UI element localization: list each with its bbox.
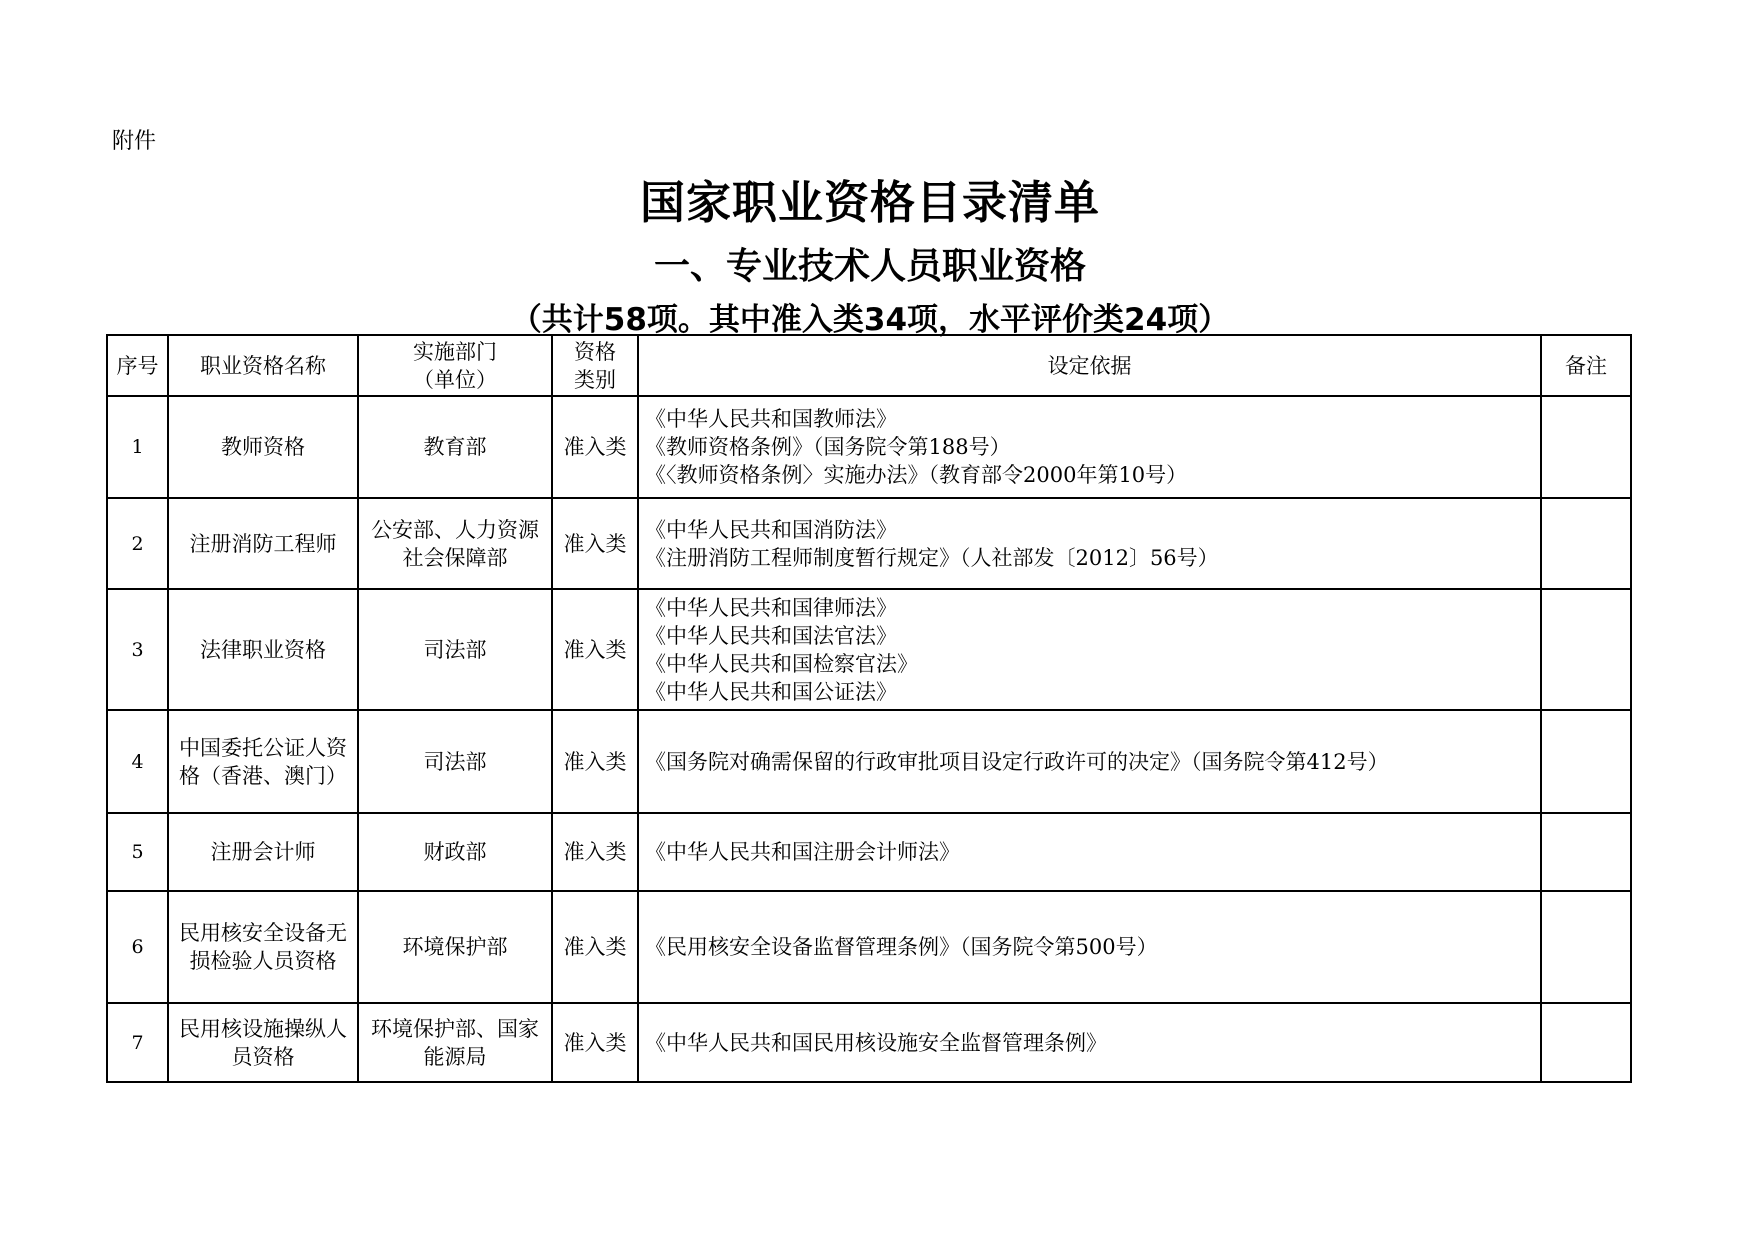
cell-basis: 《中华人民共和国注册会计师法》: [638, 813, 1541, 891]
basis-line: 《民用核安全设备监督管理条例》（国务院令第500号）: [645, 933, 1536, 961]
basis-line: 《中华人民共和国公证法》: [645, 678, 1536, 706]
cell-dept: 环境保护部: [358, 891, 552, 1003]
cell-dept: 司法部: [358, 710, 552, 813]
cell-type: 准入类: [552, 1003, 638, 1082]
cell-dept: 司法部: [358, 589, 552, 710]
cell-basis: 《中华人民共和国教师法》 《教师资格条例》（国务院令第188号） 《〈教师资格条…: [638, 396, 1541, 498]
qualification-table: 序号 职业资格名称 实施部门 （单位） 资格 类别 设定依据 备注 1 教师资格…: [106, 334, 1632, 1083]
col-header-dept-line1: 实施部门: [363, 338, 547, 366]
cell-index: 4: [107, 710, 168, 813]
cell-name: 民用核设施操纵人员资格: [168, 1003, 358, 1082]
table-row: 4 中国委托公证人资格（香港、澳门） 司法部 准入类 《国务院对确需保留的行政审…: [107, 710, 1631, 813]
basis-line: 《中华人民共和国消防法》: [645, 516, 1536, 544]
cell-remarks: [1541, 589, 1631, 710]
table-row: 3 法律职业资格 司法部 准入类 《中华人民共和国律师法》 《中华人民共和国法官…: [107, 589, 1631, 710]
basis-line: 《注册消防工程师制度暂行规定》（人社部发〔2012〕56号）: [645, 544, 1536, 572]
cell-basis: 《国务院对确需保留的行政审批项目设定行政许可的决定》（国务院令第412号）: [638, 710, 1541, 813]
section-subtitle: 一、专业技术人员职业资格: [0, 238, 1740, 289]
basis-line: 《中华人民共和国律师法》: [645, 594, 1536, 622]
basis-line: 《中华人民共和国注册会计师法》: [645, 838, 1536, 866]
cell-index: 7: [107, 1003, 168, 1082]
col-header-basis: 设定依据: [638, 335, 1541, 396]
col-header-type-line2: 类别: [557, 366, 633, 394]
col-header-dept-line2: （单位）: [363, 366, 547, 394]
table-row: 1 教师资格 教育部 准入类 《中华人民共和国教师法》 《教师资格条例》（国务院…: [107, 396, 1631, 498]
document-title: 国家职业资格目录清单: [0, 166, 1740, 231]
cell-basis: 《民用核安全设备监督管理条例》（国务院令第500号）: [638, 891, 1541, 1003]
table-header-row: 序号 职业资格名称 实施部门 （单位） 资格 类别 设定依据 备注: [107, 335, 1631, 396]
cell-dept: 教育部: [358, 396, 552, 498]
cell-dept: 财政部: [358, 813, 552, 891]
cell-remarks: [1541, 396, 1631, 498]
table-row: 5 注册会计师 财政部 准入类 《中华人民共和国注册会计师法》: [107, 813, 1631, 891]
cell-type: 准入类: [552, 589, 638, 710]
cell-name: 注册会计师: [168, 813, 358, 891]
col-header-type-line1: 资格: [557, 338, 633, 366]
cell-type: 准入类: [552, 891, 638, 1003]
attachment-label: 附件: [112, 124, 156, 155]
col-header-name: 职业资格名称: [168, 335, 358, 396]
basis-line: 《〈教师资格条例〉实施办法》（教育部令2000年第10号）: [645, 461, 1536, 489]
table-row: 7 民用核设施操纵人员资格 环境保护部、国家能源局 准入类 《中华人民共和国民用…: [107, 1003, 1631, 1082]
cell-name: 民用核安全设备无损检验人员资格: [168, 891, 358, 1003]
cell-index: 1: [107, 396, 168, 498]
cell-type: 准入类: [552, 813, 638, 891]
cell-name: 注册消防工程师: [168, 498, 358, 589]
cell-type: 准入类: [552, 498, 638, 589]
basis-line: 《中华人民共和国民用核设施安全监督管理条例》: [645, 1029, 1536, 1057]
cell-type: 准入类: [552, 396, 638, 498]
cell-name: 教师资格: [168, 396, 358, 498]
col-header-remarks: 备注: [1541, 335, 1631, 396]
cell-remarks: [1541, 813, 1631, 891]
cell-index: 6: [107, 891, 168, 1003]
cell-basis: 《中华人民共和国民用核设施安全监督管理条例》: [638, 1003, 1541, 1082]
table-row: 2 注册消防工程师 公安部、人力资源社会保障部 准入类 《中华人民共和国消防法》…: [107, 498, 1631, 589]
cell-name: 法律职业资格: [168, 589, 358, 710]
col-header-type: 资格 类别: [552, 335, 638, 396]
cell-remarks: [1541, 891, 1631, 1003]
cell-basis: 《中华人民共和国律师法》 《中华人民共和国法官法》 《中华人民共和国检察官法》 …: [638, 589, 1541, 710]
cell-dept: 环境保护部、国家能源局: [358, 1003, 552, 1082]
col-header-dept: 实施部门 （单位）: [358, 335, 552, 396]
cell-remarks: [1541, 498, 1631, 589]
basis-line: 《中华人民共和国教师法》: [645, 405, 1536, 433]
cell-type: 准入类: [552, 710, 638, 813]
col-header-index: 序号: [107, 335, 168, 396]
count-note: （共计58项。其中准入类34项，水平评价类24项）: [0, 294, 1740, 339]
basis-line: 《中华人民共和国检察官法》: [645, 650, 1536, 678]
cell-name: 中国委托公证人资格（香港、澳门）: [168, 710, 358, 813]
cell-dept: 公安部、人力资源社会保障部: [358, 498, 552, 589]
basis-line: 《国务院对确需保留的行政审批项目设定行政许可的决定》（国务院令第412号）: [645, 748, 1536, 776]
cell-index: 2: [107, 498, 168, 589]
cell-basis: 《中华人民共和国消防法》 《注册消防工程师制度暂行规定》（人社部发〔2012〕5…: [638, 498, 1541, 589]
cell-remarks: [1541, 1003, 1631, 1082]
cell-remarks: [1541, 710, 1631, 813]
table-row: 6 民用核安全设备无损检验人员资格 环境保护部 准入类 《民用核安全设备监督管理…: [107, 891, 1631, 1003]
cell-index: 5: [107, 813, 168, 891]
basis-line: 《教师资格条例》（国务院令第188号）: [645, 433, 1536, 461]
cell-index: 3: [107, 589, 168, 710]
basis-line: 《中华人民共和国法官法》: [645, 622, 1536, 650]
